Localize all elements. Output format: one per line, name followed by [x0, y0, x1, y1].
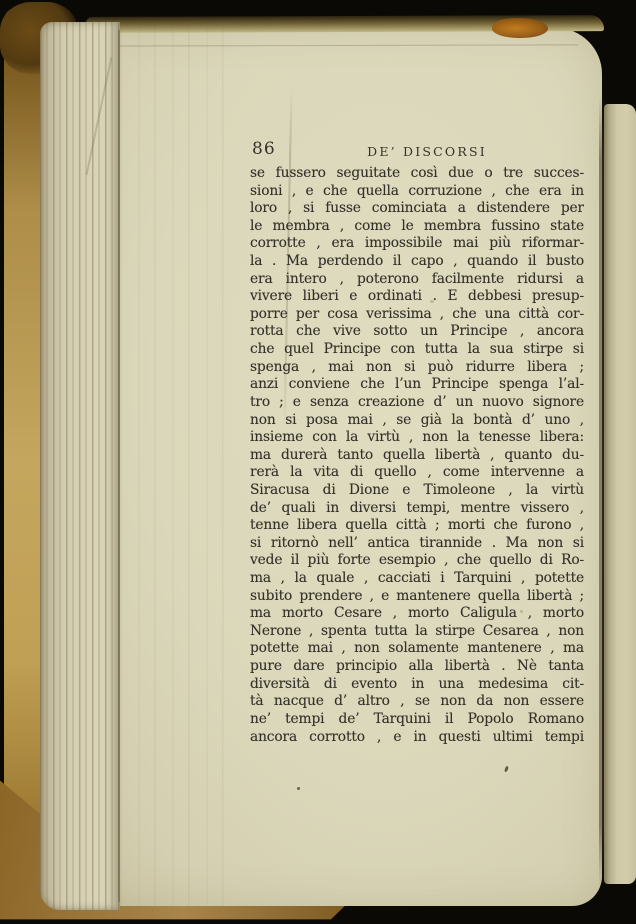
- text-line: pure dare principio alla libertà . Nè ta…: [250, 658, 584, 676]
- text-line: diversità di evento in una medesima cit-: [250, 676, 584, 694]
- text-line: ma durerà tanto quella libertà , quanto …: [250, 447, 584, 465]
- page-number: 86: [252, 139, 276, 159]
- text-line: che quel Principe con tutta la sua stirp…: [250, 341, 584, 359]
- text-line: vivere liberi e ordinati . E debbesi pre…: [250, 288, 584, 306]
- text-line: ne’ tempi de’ Tarquini il Popolo Romano: [250, 711, 584, 729]
- running-title: DE’ DISCORSI: [367, 144, 487, 159]
- text-line: potette mai , non solamente mantenere , …: [250, 640, 584, 658]
- text-line: loro , si fusse cominciata a distendere …: [250, 200, 584, 218]
- text-line: anzi conviene che l’un Principe spenga l…: [250, 376, 584, 394]
- text-line: tà nacque d’ altro , se non da non esser…: [250, 693, 584, 711]
- text-line: rerà la vita di quello , come intervenne…: [250, 464, 584, 482]
- text-line: de’ quali in diversi tempi, mentre visse…: [250, 500, 584, 518]
- text-line: insieme con la virtù , non la tenesse li…: [250, 429, 584, 447]
- text-line: ma morto Cesare , morto Caligula , morto: [250, 605, 584, 623]
- paper-speck: [430, 300, 434, 303]
- top-page-edge-line: [118, 30, 120, 902]
- text-line: vede il più forte esempio , che quello d…: [250, 552, 584, 570]
- text-line: era intero , poterono facilmente ridursi…: [250, 271, 584, 289]
- book-scan: 86 DE’ DISCORSI se fussero seguitate cos…: [0, 0, 636, 924]
- text-line: tro ; e senza creazione d’ un nuovo sign…: [250, 394, 584, 412]
- text-line: porre per cosa verissima , che una città…: [250, 306, 584, 324]
- page-header: 86 DE’ DISCORSI: [250, 138, 584, 164]
- text-line: ma , la quale , cacciati i Tarquini , po…: [250, 570, 584, 588]
- text-line: ancora corrotto , e in questi ultimi tem…: [250, 729, 584, 747]
- text-line: subito prendere , e mantenere quella lib…: [250, 588, 584, 606]
- text-line: corrotte , era impossibile mai più rifor…: [250, 235, 584, 253]
- text-line: spenga , mai non si può ridurre libera ;: [250, 359, 584, 377]
- text-line: non si posa mai , se già la bontà d’ uno…: [250, 412, 584, 430]
- text-line: sioni , e che quella corruzione , che er…: [250, 183, 584, 201]
- body-text: se fussero seguitate così due o tre succ…: [250, 165, 584, 746]
- text-line: le membra , come le membra fussino state: [250, 218, 584, 236]
- text-line: Siracusa di Dione e Timoleone , la virtù: [250, 482, 584, 500]
- stain: [492, 18, 548, 38]
- ink-speck: [297, 787, 300, 790]
- text-line: rotta che vive sotto un Principe , ancor…: [250, 323, 584, 341]
- paper-speck: [520, 610, 523, 613]
- facing-page-strip: [604, 104, 636, 884]
- text-block: 86 DE’ DISCORSI se fussero seguitate cos…: [250, 138, 584, 738]
- book-cover-left-edge: [4, 8, 42, 916]
- text-line: se fussero seguitate così due o tre succ…: [250, 165, 584, 183]
- text-line: si ritornò nell’ antica tirannide . Ma n…: [250, 535, 584, 553]
- text-line: la . Ma perdendo il capo , quando il bus…: [250, 253, 584, 271]
- page-stack-edges: [40, 22, 120, 910]
- page-stack-edges-faint: [120, 26, 238, 906]
- text-line: tenne libera quella città ; morti che fu…: [250, 517, 584, 535]
- text-line: Nerone , spenta tutta la stirpe Cesarea …: [250, 623, 584, 641]
